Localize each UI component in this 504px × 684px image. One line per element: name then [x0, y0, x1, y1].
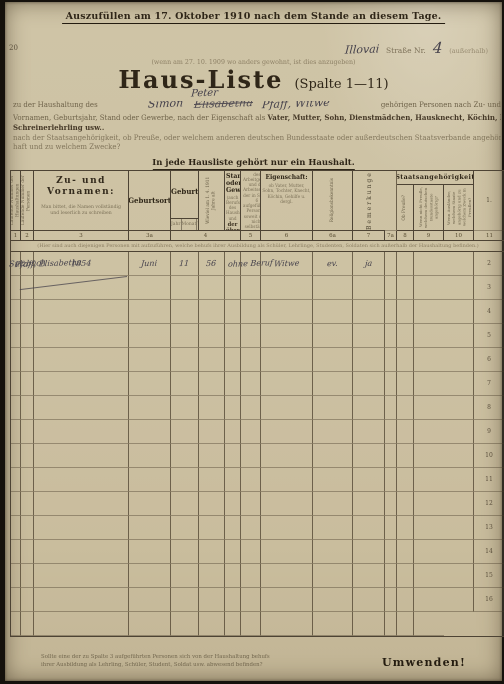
row2-num-cell: 2: [474, 252, 504, 276]
row15-hh-cell: [444, 564, 474, 588]
row13-hh-cell: [444, 516, 474, 540]
row14-occupation-cell: [225, 564, 241, 588]
relation-header-subnote: ob Vater, Mutter, Sohn, Tochter, Knecht,…: [262, 183, 311, 204]
row16-religion-cell: [313, 612, 353, 636]
row5-bday-cell: [171, 348, 199, 372]
row8-bday-cell: [171, 420, 199, 444]
row8-remarks-cell: [414, 420, 444, 444]
row11-num-cell: 11: [474, 468, 504, 492]
row16-num-value: 16: [485, 596, 493, 603]
row16-prussian-cell: [353, 612, 385, 636]
row9-prussian-cell: [353, 444, 385, 468]
birthplace-header: Geburtsort: [129, 171, 171, 231]
intro-line1-end: gehörigen Personen nach Zu- und: [381, 101, 501, 111]
row3-relation-cell: [261, 300, 313, 324]
colnum-1: 1: [11, 231, 21, 241]
row10-byear-cell: [34, 468, 129, 492]
row10-bmonth-cell: [129, 468, 171, 492]
row11-name-cell: [11, 492, 21, 516]
row4-name-cell: [11, 324, 21, 348]
row11-birthplace-cell: [21, 492, 34, 516]
row1-otherstate-cell: [385, 252, 397, 276]
row8-occupation-cell: [225, 420, 241, 444]
scanned-census-form: Auszufüllen am 17. Oktober 1910 nach dem…: [5, 2, 502, 681]
row13-relation-cell: [261, 540, 313, 564]
row6-employer-cell: [241, 372, 261, 396]
row1-bmonth-value: Juni: [141, 259, 158, 269]
relation-header: Eigenschaft: ob Vater, Mutter, Sohn, Toc…: [261, 171, 313, 231]
row7-foreigner-cell: [397, 396, 414, 420]
intro-line5: haft und zu welchem Zwecke?: [13, 143, 501, 153]
row3-occupation-cell: [225, 300, 241, 324]
row5-otherstate-cell: [385, 348, 397, 372]
street-number-label: Straße Nr.: [386, 46, 426, 55]
row7-bday-cell: [171, 396, 199, 420]
row1-religion-cell: ev.: [313, 252, 353, 276]
nationality-group-header: Staatsangehörigkeit Ob Preuße? Wenn nich…: [397, 171, 474, 231]
row13-num-cell: 13: [474, 516, 504, 540]
row10-remarks-cell: [414, 468, 444, 492]
row5-remarks-cell: [414, 348, 444, 372]
row12-birthplace-cell: [21, 516, 34, 540]
row16-occupation-cell: [225, 612, 241, 636]
row8-bmonth-cell: [129, 420, 171, 444]
row7-otherstate-cell: [385, 396, 397, 420]
row9-byear-cell: [34, 444, 129, 468]
nationality-subheaders: Ob Preuße? Wenn nicht Preuße, welchem de…: [397, 185, 473, 230]
row3-num-cell: 3: [474, 276, 504, 300]
row4-otherstate-cell: [385, 324, 397, 348]
row9-bday-cell: [171, 444, 199, 468]
row2-remarks-cell: [414, 276, 444, 300]
row6-byear-cell: [34, 372, 129, 396]
row8-birthplace-cell: [21, 420, 34, 444]
row7-religion-cell: [313, 396, 353, 420]
row10-prussian-cell: [353, 468, 385, 492]
row2-prussian-cell: [353, 276, 385, 300]
row2-foreigner-cell: [397, 276, 414, 300]
row6-prussian-cell: [353, 372, 385, 396]
row7-hh-cell: [444, 372, 474, 396]
row11-byear-cell: [34, 492, 129, 516]
row14-prussian-cell: [353, 564, 385, 588]
row14-byear-cell: [34, 564, 129, 588]
row4-foreigner-cell: [397, 324, 414, 348]
fill-date-banner: Auszufüllen am 17. Oktober 1910 nach dem…: [62, 11, 446, 24]
row9-birthplace-cell: [21, 444, 34, 468]
row9-bmonth-cell: [129, 444, 171, 468]
row13-otherstate-cell: [385, 540, 397, 564]
footer-note: Sollte eine der zu Spalte 3 aufgeführten…: [41, 653, 270, 669]
row7-num-cell: 7: [474, 372, 504, 396]
occupation-header-bold: der über 16 Jahre alten Familienmitglied…: [226, 222, 239, 231]
row6-num-value: 6: [487, 356, 491, 363]
row4-age-cell: [199, 324, 225, 348]
colnum-3a: 3a: [129, 231, 171, 241]
row5-byear-cell: [34, 348, 129, 372]
row12-bmonth-cell: [129, 516, 171, 540]
row9-relation-cell: [261, 444, 313, 468]
colnum-5: 5: [241, 231, 261, 241]
row15-religion-cell: [313, 588, 353, 612]
row2-bmonth-cell: [129, 276, 171, 300]
row3-birthplace-cell: [21, 300, 34, 324]
row5-birthplace-cell: [21, 348, 34, 372]
row4-num-cell: 4: [474, 300, 504, 324]
row13-prussian-cell: [353, 540, 385, 564]
names-header-label: Zu- und Vornamen:: [34, 176, 128, 198]
row1-age-cell: 56: [199, 252, 225, 276]
remarks-header-label: Bemerkungen: [366, 172, 373, 230]
row4-occupation-cell: [225, 324, 241, 348]
row14-hh-cell: [444, 540, 474, 564]
row3-name-cell: [11, 300, 21, 324]
row6-remarks-cell: [414, 372, 444, 396]
row8-prussian-cell: [353, 420, 385, 444]
row12-otherstate-cell: [385, 516, 397, 540]
row5-relation-cell: [261, 348, 313, 372]
row13-bmonth-cell: [129, 540, 171, 564]
row11-prussian-cell: [353, 492, 385, 516]
row7-byear-cell: [34, 396, 129, 420]
row5-hh-cell: [444, 324, 474, 348]
row16-birthplace-cell: [21, 612, 34, 636]
row16-num-cell: 16: [474, 588, 504, 612]
row4-hh-cell: [444, 300, 474, 324]
row9-num-value: 9: [487, 428, 491, 435]
head-first-name-handwritten: Simon: [148, 101, 184, 109]
other-state-header: Wenn nicht Preuße, welchem deutschen Bun…: [414, 185, 444, 230]
row9-name-cell: [11, 444, 21, 468]
row1-prussian-value: ja: [365, 259, 373, 268]
row1-birthplace-value: Sulzbach: [8, 258, 46, 268]
row5-prussian-cell: [353, 348, 385, 372]
colnum-4: 4: [171, 231, 241, 241]
row14-otherstate-cell: [385, 564, 397, 588]
col1-header-label: Laufende Nummer der Haushaltungen: [11, 173, 21, 228]
row3-prussian-cell: [353, 300, 385, 324]
relation-header-label: Eigenschaft:: [262, 174, 311, 181]
row15-foreigner-cell: [397, 588, 414, 612]
row2-hh-cell: [444, 252, 474, 276]
row8-byear-cell: [34, 420, 129, 444]
row14-num-value: 14: [485, 548, 493, 555]
row7-name-cell: [11, 396, 21, 420]
row9-foreigner-cell: [397, 444, 414, 468]
row1-num-cell: 1.: [474, 171, 504, 231]
row14-age-cell: [199, 564, 225, 588]
row14-relation-cell: [261, 564, 313, 588]
row16-hh-cell: [444, 588, 474, 612]
row11-num-value: 11: [485, 476, 493, 483]
row11-religion-cell: [313, 492, 353, 516]
nationality-group-label: Staatsangehörigkeit: [397, 171, 473, 185]
row8-otherstate-cell: [385, 420, 397, 444]
row3-employer-cell: [241, 300, 261, 324]
prussian-header: Ob Preuße?: [397, 185, 414, 230]
row7-num-value: 7: [487, 380, 491, 387]
row16-otherstate-cell: [385, 612, 397, 636]
form-title: Haus-Liste (Spalte 1—11): [118, 65, 388, 94]
row10-num-cell: 10: [474, 444, 504, 468]
row2-byear-cell: [34, 276, 129, 300]
row9-num-cell: 9: [474, 420, 504, 444]
row12-employer-cell: [241, 516, 261, 540]
religion-header-label: Religionsbekenntnis: [330, 178, 336, 222]
row3-otherstate-cell: [385, 300, 397, 324]
row12-byear-cell: [34, 516, 129, 540]
row11-otherstate-cell: [385, 492, 397, 516]
row5-num-value: 5: [487, 332, 491, 339]
page-number: 20: [9, 44, 18, 52]
row13-byear-cell: [34, 540, 129, 564]
row8-age-cell: [199, 420, 225, 444]
row9-remarks-cell: [414, 444, 444, 468]
row6-foreigner-cell: [397, 372, 414, 396]
intro-line4: nach der Staatsangehörigkeit, ob Preuße,…: [13, 134, 501, 144]
row10-hh-cell: [444, 444, 474, 468]
intro-line2-bold: Vater, Mutter, Sohn, Dienstmädchen, Haus…: [268, 113, 501, 122]
other-state-header-label: Wenn nicht Preuße, welchem deutschen Bun…: [418, 187, 439, 228]
row1-relation-value: Witwe: [273, 259, 299, 269]
row14-remarks-cell: [414, 564, 444, 588]
row6-name-cell: [11, 372, 21, 396]
colnum-9: 9: [414, 231, 444, 241]
row2-otherstate-cell: [385, 276, 397, 300]
occupation-header-label: Stand oder Gewerbe: [226, 173, 239, 194]
footer-note-line1: Sollte eine der zu Spalte 3 aufgeführten…: [41, 653, 270, 661]
row3-foreigner-cell: [397, 300, 414, 324]
row1-bmonth-cell: Juni: [129, 252, 171, 276]
remarks-header: Bemerkungen: [353, 171, 385, 231]
row13-remarks-cell: [414, 540, 444, 564]
intro-paragraph: zu der Haushaltung des Simon Elisabetha …: [13, 101, 501, 153]
row14-birthplace-cell: [21, 564, 34, 588]
row5-employer-cell: [241, 348, 261, 372]
row16-bday-cell: [171, 612, 199, 636]
row3-hh-cell: [444, 276, 474, 300]
row3-remarks-cell: [414, 300, 444, 324]
row6-bmonth-cell: [129, 372, 171, 396]
row15-name-cell: [11, 588, 21, 612]
colnum-2: 2: [21, 231, 34, 241]
row1-occupation-cell: ohne Beruf: [225, 252, 241, 276]
birthdate-header: Geburtszeit Jahr Monat Tag: [171, 171, 199, 231]
row3-bday-cell: [171, 300, 199, 324]
row4-byear-cell: [34, 324, 129, 348]
row16-employer-cell: [241, 612, 261, 636]
row5-occupation-cell: [225, 348, 241, 372]
row10-foreigner-cell: [397, 468, 414, 492]
row4-num-value: 4: [487, 308, 491, 315]
row16-foreigner-cell: [397, 612, 414, 636]
row10-employer-cell: [241, 468, 261, 492]
row2-num-value: 2: [487, 260, 491, 267]
employer-header: Benennung des Arbeitgebers und der Arbei…: [241, 171, 261, 231]
row7-birthplace-cell: [21, 396, 34, 420]
row1-hh-cell: [385, 171, 397, 231]
row1-bday-value: 11: [179, 259, 190, 268]
row1-remarks-cell: [414, 252, 444, 276]
row8-foreigner-cell: [397, 420, 414, 444]
row3-age-cell: [199, 300, 225, 324]
row11-remarks-cell: [414, 492, 444, 516]
row11-foreigner-cell: [397, 492, 414, 516]
col3-header: Zu- und Vornamen: Man bittet, die Namen …: [34, 171, 129, 231]
row12-name-cell: [11, 516, 21, 540]
row12-bday-cell: [171, 516, 199, 540]
row2-occupation-cell: [225, 276, 241, 300]
row10-name-cell: [11, 468, 21, 492]
row8-hh-cell: [444, 396, 474, 420]
row16-bmonth-cell: [129, 612, 171, 636]
row8-num-cell: 8: [474, 396, 504, 420]
row9-employer-cell: [241, 444, 261, 468]
employer-header-label: Benennung des Arbeitgebers und der Arbei…: [241, 171, 261, 231]
row8-employer-cell: [241, 420, 261, 444]
row15-bday-cell: [171, 588, 199, 612]
row12-remarks-cell: [414, 516, 444, 540]
row4-remarks-cell: [414, 324, 444, 348]
row1-foreigner-cell: [397, 252, 414, 276]
birthplace-header-label: Geburtsort: [129, 196, 171, 205]
row7-prussian-cell: [353, 396, 385, 420]
row13-name-cell: [11, 540, 21, 564]
row3-bmonth-cell: [129, 300, 171, 324]
street-line: Illovai Straße Nr. 4 (außerhalb): [345, 39, 488, 57]
occupation-header-subnote: (auch Berufsstellung) des Haushaltungsvo…: [226, 195, 239, 220]
row6-otherstate-cell: [385, 372, 397, 396]
row6-hh-cell: [444, 348, 474, 372]
one-household-rule: In jede Hausliste gehört nur ein Haushal…: [152, 158, 354, 170]
row7-remarks-cell: [414, 396, 444, 420]
row15-bmonth-cell: [129, 588, 171, 612]
row1-prussian-cell: ja: [353, 252, 385, 276]
row9-age-cell: [199, 444, 225, 468]
row10-age-cell: [199, 468, 225, 492]
colnum-3: 3: [34, 231, 129, 241]
colnum-11: 11: [474, 231, 504, 241]
row1-num-value: 1.: [486, 197, 492, 204]
row14-foreigner-cell: [397, 564, 414, 588]
row1-bday-cell: 11: [171, 252, 199, 276]
row10-num-value: 10: [485, 452, 493, 459]
form-title-suffix: (Spalte 1—11): [294, 77, 388, 92]
row11-hh-cell: [444, 468, 474, 492]
row9-hh-cell: [444, 420, 474, 444]
inserted-name-handwritten: Peter: [191, 88, 219, 100]
row16-remarks-cell: [414, 612, 444, 636]
row4-prussian-cell: [353, 324, 385, 348]
row15-otherstate-cell: [385, 588, 397, 612]
col1-header: Laufende Nummer der Haushaltungen: [11, 171, 21, 231]
row13-bday-cell: [171, 540, 199, 564]
row3-religion-cell: [313, 300, 353, 324]
row11-bmonth-cell: [129, 492, 171, 516]
col2-header: Laufende Nummer der Personen: [21, 171, 34, 231]
religion-header: Religionsbekenntnis: [313, 171, 353, 231]
row1-occupation-value: ohne Beruf: [228, 258, 274, 269]
row15-employer-cell: [241, 588, 261, 612]
row9-occupation-cell: [225, 444, 241, 468]
row8-num-value: 8: [487, 404, 491, 411]
row13-religion-cell: [313, 540, 353, 564]
row10-relation-cell: [261, 468, 313, 492]
age-header-label: Wieviel am 1. 4. 1911 Jahre alt: [206, 173, 217, 228]
row12-num-value: 12: [485, 500, 493, 507]
street-suffix: (außerhalb): [449, 47, 488, 55]
street-number-handwritten: 4: [432, 39, 443, 57]
row15-num-cell: 15: [474, 564, 504, 588]
turn-over-label: Umwenden!: [382, 656, 466, 669]
colnum-8: 8: [397, 231, 414, 241]
absent-persons-note: (Hier sind auch diejenigen Personen mit …: [11, 241, 504, 252]
row2-age-cell: [199, 276, 225, 300]
row1-byear-value: 1854: [71, 259, 92, 269]
row9-religion-cell: [313, 444, 353, 468]
row11-employer-cell: [241, 492, 261, 516]
row4-birthplace-cell: [21, 324, 34, 348]
row6-birthplace-cell: [21, 372, 34, 396]
row8-relation-cell: [261, 420, 313, 444]
foreigner-header: Wenn Ausländer, welchem Staate angehörig…: [444, 185, 473, 230]
footer-note-line2: ihrer Ausbildung als Lehrling, Schüler, …: [41, 661, 270, 669]
row11-age-cell: [199, 492, 225, 516]
colnum-6a: 6a: [313, 231, 353, 241]
row2-name-cell: [11, 276, 21, 300]
row3-byear-cell: [34, 300, 129, 324]
row7-relation-cell: [261, 396, 313, 420]
names-header-subnote: Man bittet, die Namen vollständig und le…: [34, 205, 128, 217]
row5-bmonth-cell: [129, 348, 171, 372]
row14-religion-cell: [313, 564, 353, 588]
row10-occupation-cell: [225, 468, 241, 492]
intro-line3-bold: Schreinerlehrling usw..: [13, 123, 104, 132]
row15-remarks-cell: [414, 588, 444, 612]
row13-birthplace-cell: [21, 540, 34, 564]
row7-occupation-cell: [225, 396, 241, 420]
row3-num-value: 3: [487, 284, 491, 291]
row12-foreigner-cell: [397, 516, 414, 540]
row12-religion-cell: [313, 516, 353, 540]
row14-num-cell: 14: [474, 540, 504, 564]
row6-num-cell: 6: [474, 348, 504, 372]
occupation-header: Stand oder Gewerbe (auch Berufsstellung)…: [225, 171, 241, 231]
row4-bday-cell: [171, 324, 199, 348]
colnum-7a: 7a: [385, 231, 397, 241]
row2-employer-cell: [241, 276, 261, 300]
row11-occupation-cell: [225, 492, 241, 516]
row15-prussian-cell: [353, 588, 385, 612]
row4-religion-cell: [313, 324, 353, 348]
row13-num-value: 13: [485, 524, 493, 531]
row1-birthplace-cell: Sulzbach: [21, 252, 34, 276]
colnum-6: 6: [261, 231, 313, 241]
row16-age-cell: [199, 612, 225, 636]
row13-foreigner-cell: [397, 540, 414, 564]
row13-age-cell: [199, 540, 225, 564]
row14-employer-cell: [241, 564, 261, 588]
row7-employer-cell: [241, 396, 261, 420]
row7-bmonth-cell: [129, 396, 171, 420]
row4-bmonth-cell: [129, 324, 171, 348]
row12-occupation-cell: [225, 516, 241, 540]
row11-bday-cell: [171, 492, 199, 516]
row12-num-cell: 12: [474, 492, 504, 516]
birthdate-subheader: Jahr Monat Tag: [171, 218, 198, 230]
row10-birthplace-cell: [21, 468, 34, 492]
row2-relation-cell: [261, 276, 313, 300]
